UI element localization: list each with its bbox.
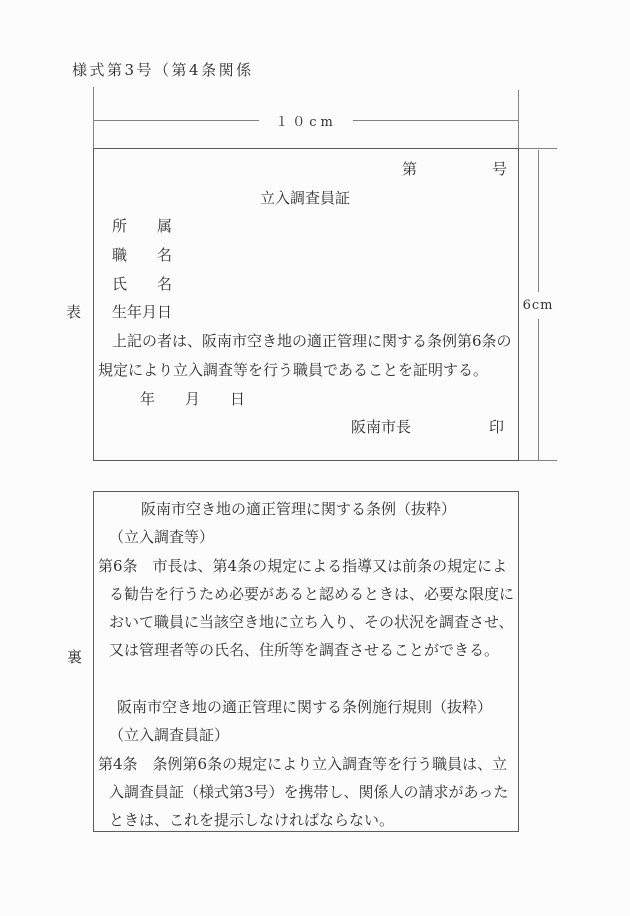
regulation-section-label: （立入調査員証） — [109, 721, 514, 749]
card-title: 立入調査員証 — [98, 184, 512, 213]
regulation-text-line: ときは、これを提示しなければならない。 — [109, 806, 514, 834]
width-dim-line-left — [93, 120, 259, 121]
back-side-label: 裏 — [67, 646, 82, 667]
regulation-title: 阪南市空き地の適正管理に関する条例施行規則（抜粋） — [117, 693, 514, 721]
ordinance-text-line: おいて職員に当該空き地に立ち入り、その状況を調査させ、 — [109, 608, 514, 636]
date-line: 年 月 日 — [140, 385, 512, 414]
id-card-front: 第 号 立入調査員証 所 属 職 名 氏 名 生年月日 上記の者は、阪南市空き地… — [93, 148, 519, 461]
ordinance-section-label: （立入調査等） — [109, 523, 514, 551]
ordinance-text-line: 又は管理者等の氏名、住所等を調査させることができる。 — [109, 636, 514, 664]
width-dimension: １０cm — [93, 112, 519, 128]
regulation-text-line: 第4条 条例第6条の規定により立入調査等を行う職員は、立 — [98, 750, 514, 778]
height-dimension: 6cm — [531, 150, 545, 461]
field-birthdate: 生年月日 — [112, 298, 512, 327]
regulation-text-line: 入調査員証（様式第3号）を携帯し、関係人の請求があった — [109, 778, 514, 806]
issuer-name: 阪南市長 — [351, 413, 411, 442]
width-dim-label: １０cm — [259, 111, 353, 130]
ordinance-text-line: 第6条 市長は、第4条の規定による指導又は前条の規定によ — [98, 552, 514, 580]
field-affiliation: 所 属 — [112, 212, 512, 241]
document-page: 様式第3号（第4条関係 １０cm 6cm 表 裏 第 号 立入調査員証 所 属 … — [0, 0, 630, 916]
blank-line — [97, 665, 514, 693]
card-number-line: 第 号 — [98, 155, 512, 184]
field-name: 氏 名 — [112, 270, 512, 299]
ordinance-text-line: る勧告を行うため必要があると認めるときは、必要な限度に — [109, 580, 514, 608]
seal-mark: 印 — [489, 413, 504, 442]
height-dim-line-top — [538, 150, 539, 292]
form-number-heading: 様式第3号（第4条関係 — [72, 59, 254, 80]
issuer-line: 阪南市長 印 — [98, 413, 512, 442]
height-dim-line-bottom — [538, 319, 539, 461]
height-dim-top-tick — [518, 148, 557, 149]
front-side-label: 表 — [66, 301, 81, 322]
width-dim-line-right — [353, 120, 519, 121]
ordinance-title: 阪南市空き地の適正管理に関する条例（抜粋） — [141, 495, 514, 523]
height-dim-label: 6cm — [523, 292, 554, 319]
id-card-back: 阪南市空き地の適正管理に関する条例（抜粋） （立入調査等） 第6条 市長は、第4… — [93, 491, 519, 832]
certification-text-line-2: 規定により立入調査等を行う職員であることを証明する。 — [98, 356, 512, 385]
certification-text-line-1: 上記の者は、阪南市空き地の適正管理に関する条例第6条の — [112, 327, 512, 356]
field-job-title: 職 名 — [112, 241, 512, 270]
